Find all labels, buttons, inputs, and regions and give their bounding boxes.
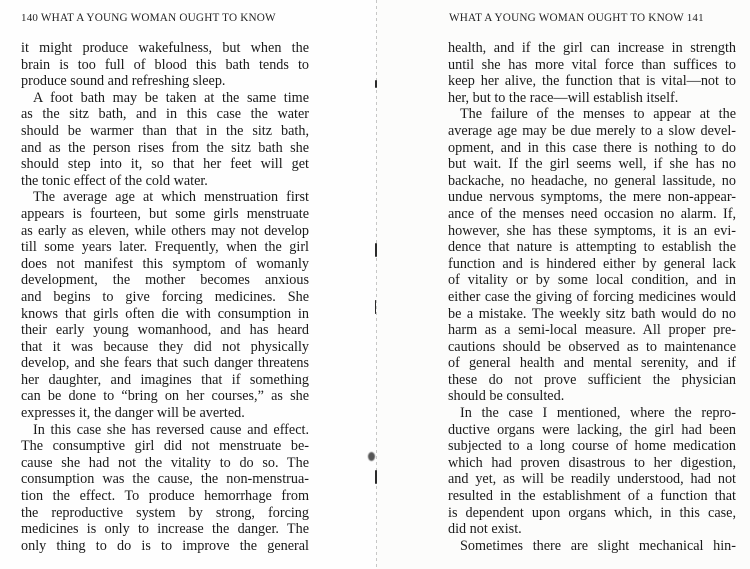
- text-line: keep her alive, the function that is vit…: [448, 73, 736, 90]
- text-line: be a mistake. The weekly sitz bath would…: [448, 306, 736, 323]
- text-line: expresses it, the danger will be averted…: [21, 405, 309, 422]
- text-line: development, the mother becomes anxious: [21, 272, 309, 289]
- text-line: opment, and in this case there is nothin…: [448, 140, 736, 157]
- text-line: The failure of the menses to appear at t…: [448, 106, 736, 123]
- text-line: as early as eleven, while others may not…: [21, 223, 309, 240]
- text-line: ductive organs were lacking, the girl ha…: [448, 422, 736, 439]
- ink-smudge: [368, 452, 375, 461]
- text-line: Sometimes there are slight mechanical hi…: [448, 538, 736, 555]
- text-line: and begins to give forcing medicines. Sh…: [21, 289, 309, 306]
- text-line: appears is fourteen, but some girls mens…: [21, 206, 309, 223]
- text-line: and yet, as will be readily understood, …: [448, 471, 736, 488]
- text-line: ance of the menses need occasion no alar…: [448, 206, 736, 223]
- text-line: In the case I mentioned, where the repro…: [448, 405, 736, 422]
- text-line: produce sound and refreshing sleep.: [21, 73, 309, 90]
- text-line: as the sitz bath, and in this case the w…: [21, 106, 309, 123]
- text-line: average age may be due merely to a slow …: [448, 123, 736, 140]
- text-line: resulted in the establishment of a funct…: [448, 488, 736, 505]
- text-line: should be warmer than that in the sitz b…: [21, 123, 309, 140]
- left-page-body: it might produce wakefulness, but when t…: [21, 40, 309, 554]
- text-line: it might produce wakefulness, but when t…: [21, 40, 309, 57]
- text-line: did not exist.: [448, 521, 736, 538]
- text-line: cause she had not the vitality to do so.…: [21, 455, 309, 472]
- text-line: brain is too full of blood this bath ten…: [21, 57, 309, 74]
- text-line: of vitality or by some local condition, …: [448, 272, 736, 289]
- text-line: A foot bath may be taken at the same tim…: [21, 90, 309, 107]
- text-line: cautions should be observed as to mainte…: [448, 339, 736, 356]
- text-line: her, but to the race—will establish itse…: [448, 90, 736, 107]
- text-line: medicines is only to increase the danger…: [21, 521, 309, 538]
- text-line: The consumptive girl did not menstruate …: [21, 438, 309, 455]
- text-line: knows that girls often die with consumpt…: [21, 306, 309, 323]
- text-line: can be done to “bring on her courses,” a…: [21, 388, 309, 405]
- text-line: and as the person rises from the sitz ba…: [21, 140, 309, 157]
- text-line: develop, and she fears that such danger …: [21, 355, 309, 372]
- text-line: harm as a semi-local measure. All proper…: [448, 322, 736, 339]
- right-page: WHAT A YOUNG WOMAN OUGHT TO KNOW 141 hea…: [377, 0, 750, 569]
- text-line: however, she has these symptoms, it is a…: [448, 223, 736, 240]
- text-line: should be consulted.: [448, 388, 736, 405]
- text-line: till some years later. Frequently, when …: [21, 239, 309, 256]
- text-line: which had proven disastrous to her diges…: [448, 455, 736, 472]
- text-line: The average age at which menstruation fi…: [21, 189, 309, 206]
- text-line: the reproductive system by strong, forci…: [21, 505, 309, 522]
- text-line: their early young womanhood, and has hea…: [21, 322, 309, 339]
- text-line: but wait. If the girl seems well, if she…: [448, 156, 736, 173]
- text-line: of general health and mental serenity, a…: [448, 355, 736, 372]
- book-spread: 140 WHAT A YOUNG WOMAN OUGHT TO KNOW it …: [0, 0, 750, 569]
- text-line: subjected to a long course of home medic…: [448, 438, 736, 455]
- gutter-mark: [375, 300, 376, 314]
- text-line: In this case she has reversed cause and …: [21, 422, 309, 439]
- left-page-number: 140: [21, 12, 38, 24]
- text-line: function and is hindered either by gener…: [448, 256, 736, 273]
- text-line: undue nervous symptoms, the mere non-app…: [448, 189, 736, 206]
- text-line: should step into it, so that her feet wi…: [21, 156, 309, 173]
- text-line: consumption was the cause, the non-menst…: [21, 471, 309, 488]
- right-page-number: 141: [687, 12, 704, 24]
- text-line: these do not prove sufficient the physic…: [448, 372, 736, 389]
- right-running-title: WHAT A YOUNG WOMAN OUGHT TO KNOW: [449, 12, 684, 24]
- text-line: her daughter, and imagines that if somet…: [21, 372, 309, 389]
- left-page-header: 140 WHAT A YOUNG WOMAN OUGHT TO KNOW: [21, 12, 276, 24]
- left-running-title: WHAT A YOUNG WOMAN OUGHT TO KNOW: [41, 12, 276, 24]
- right-page-header: WHAT A YOUNG WOMAN OUGHT TO KNOW 141: [449, 12, 704, 24]
- text-line: is dependent upon organs which, in this …: [448, 505, 736, 522]
- left-page: 140 WHAT A YOUNG WOMAN OUGHT TO KNOW it …: [0, 0, 376, 569]
- text-line: tion the effect. To produce hemorrhage f…: [21, 488, 309, 505]
- text-line: health, and if the girl can increase in …: [448, 40, 736, 57]
- text-line: the tonic effect of the cold water.: [21, 173, 309, 190]
- text-line: until she has more vital force than suff…: [448, 57, 736, 74]
- text-line: backache, no headache, no general lassit…: [448, 173, 736, 190]
- right-page-body: health, and if the girl can increase in …: [448, 40, 736, 554]
- text-line: that it was because they did not physica…: [21, 339, 309, 356]
- text-line: only thing to do is to improve the gener…: [21, 538, 309, 555]
- text-line: does not manifest this symptom of womanl…: [21, 256, 309, 273]
- text-line: dence that nature is attempting to estab…: [448, 239, 736, 256]
- text-line: either case the giving of forcing medici…: [448, 289, 736, 306]
